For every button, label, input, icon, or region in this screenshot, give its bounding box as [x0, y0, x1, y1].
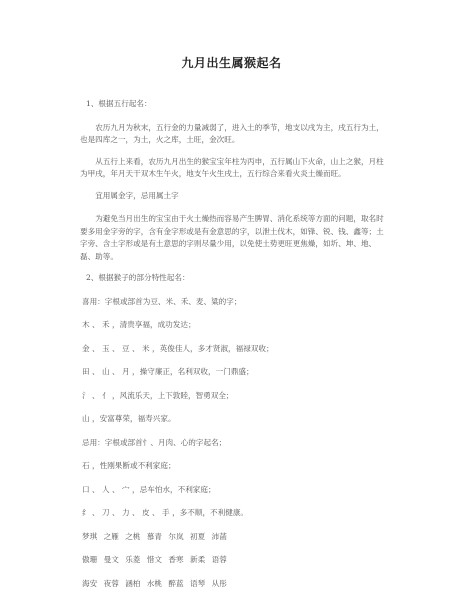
- avoid-line: 石 ，性刚果断或不利家庭；: [80, 460, 385, 473]
- section-1-subheading: 宜用属金字，忌用属土字: [80, 190, 385, 203]
- document-title: 九月出生属猴起名: [0, 54, 463, 71]
- avoid-line: 口 、 人 、 宀 ，忌车怕水，不利家庭；: [80, 484, 385, 497]
- like-line: 木 、 禾 ，清贵享福，成功发达；: [80, 319, 385, 332]
- section-1-paragraph-2: 从五行上来看，农历九月出生的猴宝宝年柱为丙申，五行属山下火命，山上之猴，月柱为甲…: [80, 156, 385, 181]
- like-line: 田 、 山 、 月 ，操守廉正，名利双收，一门鼎盛；: [80, 366, 385, 379]
- section-1-heading: 1、根据五行起名：: [80, 98, 385, 111]
- name-row: 梦琪 之雁 之桃 慕青 尔岚 初夏 沛菡: [80, 531, 385, 544]
- like-line: 氵 、 亻 ，风流乐天，上下敦睦，智勇双全；: [80, 390, 385, 403]
- document-body: 1、根据五行起名： 农历九月为秋末，五行金的力量减弱了，进入土的季节，地支以戌为…: [80, 98, 385, 600]
- avoid-line: 纟 、 刀 、 力 、 皮 、 手 ，多不顺，不利健康。: [80, 507, 385, 520]
- section-1-paragraph-3: 为避免当月出生的宝宝由于火土燥热而容易产生脾胃、消化系统等方面的问题，取名时要多…: [80, 213, 385, 263]
- section-2-heading: 2、根据猴子的部分特性起名：: [80, 272, 385, 285]
- avoid-intro: 忌用：字根或部首忄、月肉、心的字起名；: [80, 437, 385, 450]
- name-row: 海安 夜蓉 涵柏 水桃 醉蓝 语琴 从彤: [80, 578, 385, 591]
- like-intro: 喜用：字根或部首为豆、米、禾、麦、粱的字；: [80, 296, 385, 309]
- section-1-paragraph-1: 农历九月为秋末，五行金的力量减弱了，进入土的季节，地支以戌为主，戌五行为土，也是…: [80, 122, 385, 147]
- document-page: 九月出生属猴起名 1、根据五行起名： 农历九月为秋末，五行金的力量减弱了，进入土…: [0, 0, 463, 600]
- name-row: 傲珊 曼文 乐菱 惜文 香寒 新柔 语蓉: [80, 554, 385, 567]
- like-line: 山 ，安富尊荣，福寿兴家。: [80, 413, 385, 426]
- like-line: 金 、 玉 、 豆 、 米 ，英俊佳人，多才贤淑，福禄双收；: [80, 343, 385, 356]
